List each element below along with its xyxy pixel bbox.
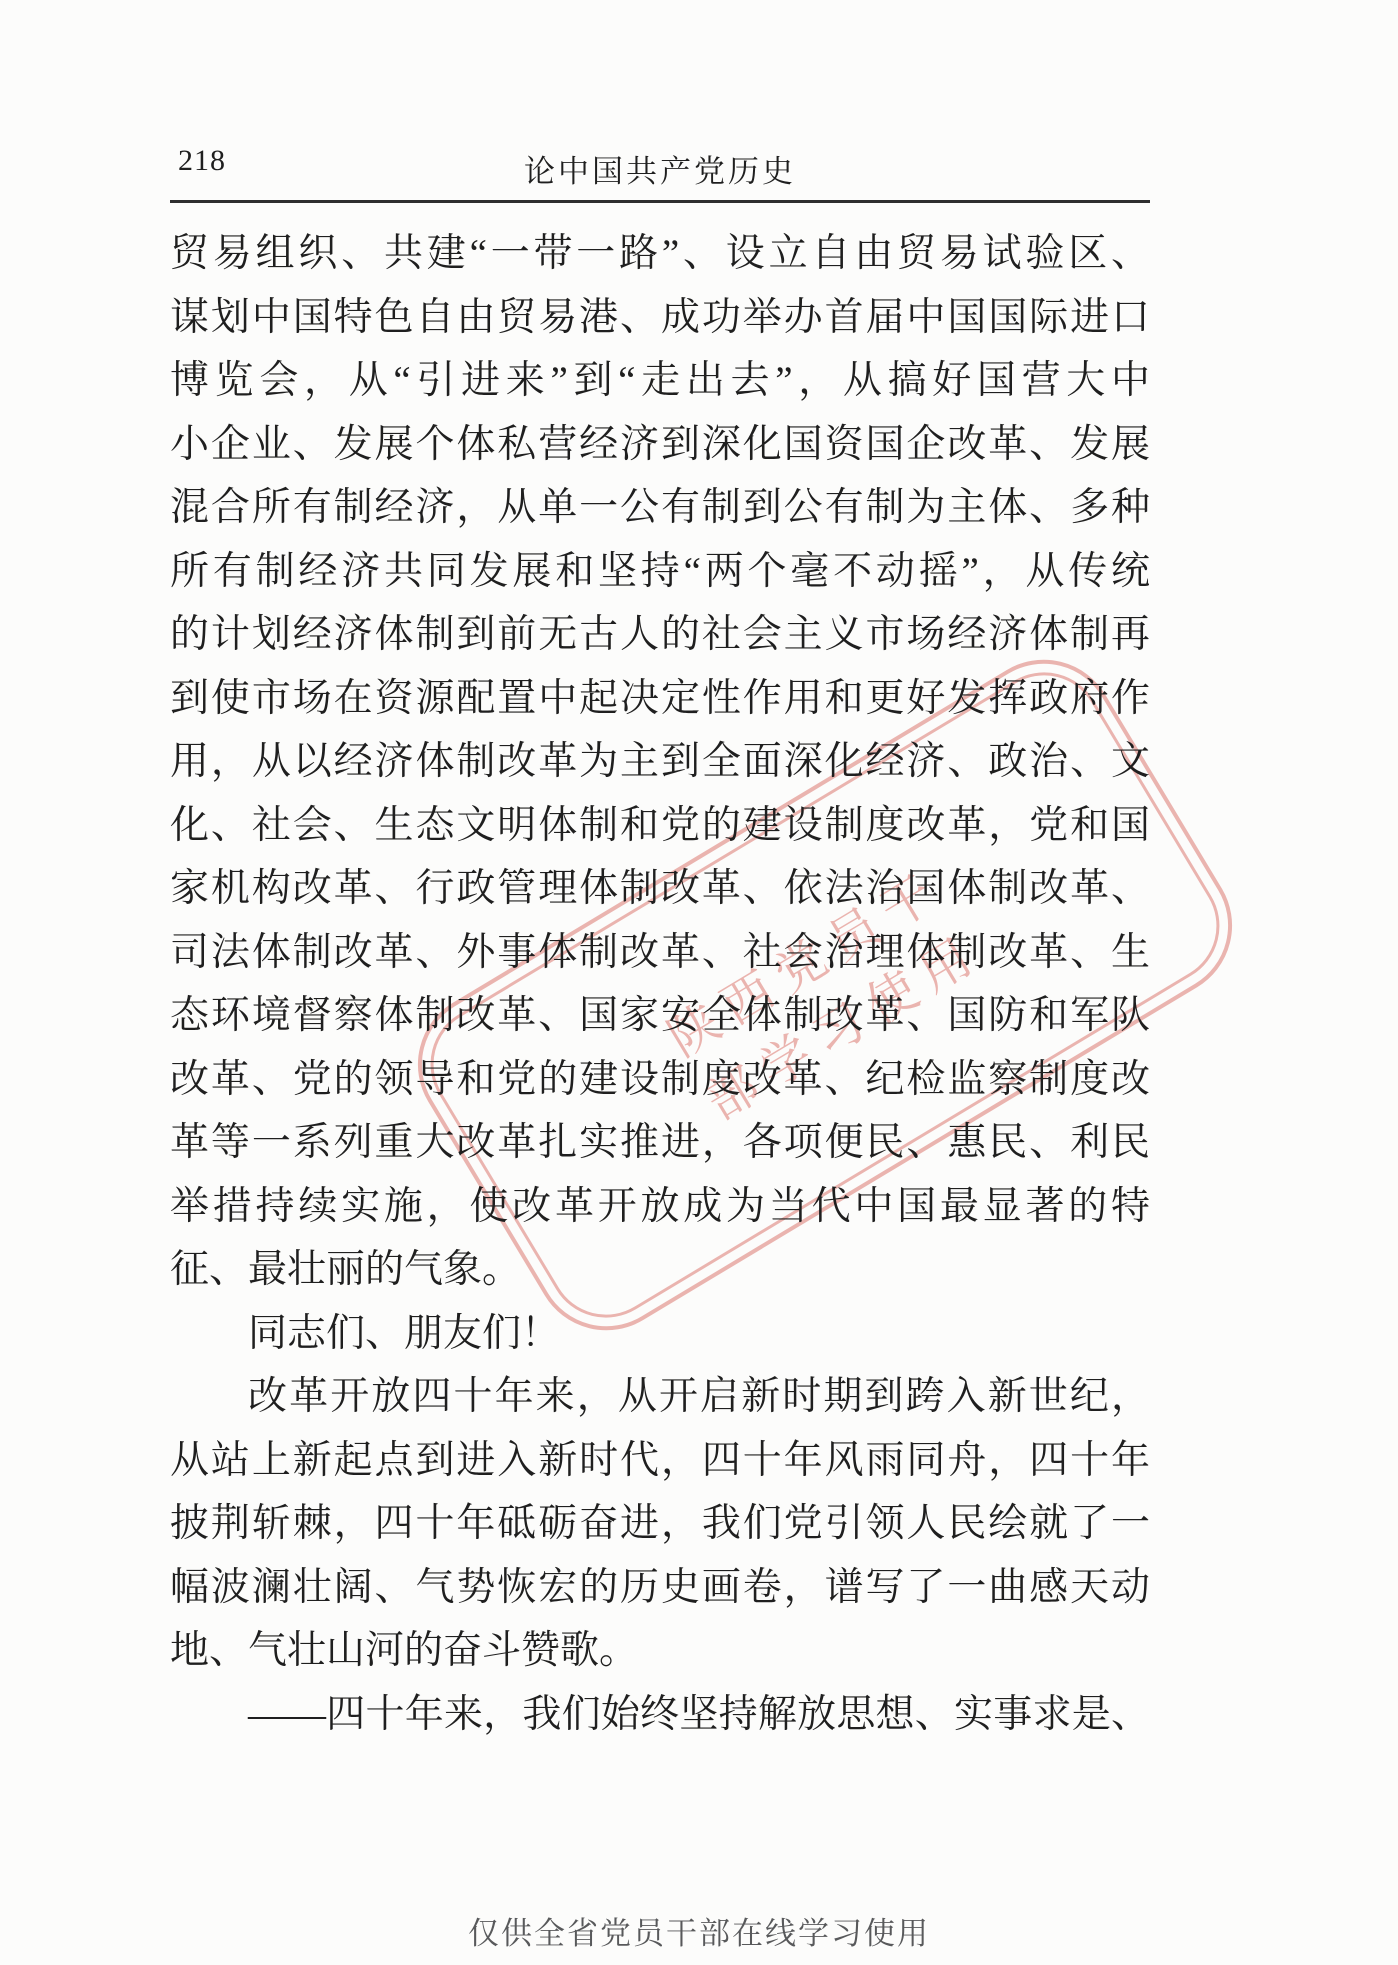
- body-line: 幅波澜壮阔、气势恢宏的历史画卷，谱写了一曲感天动: [170, 1556, 1150, 1620]
- body-line: 同志们、朋友们！: [170, 1302, 1150, 1366]
- header-rule: [170, 200, 1150, 203]
- body-line: 从站上新起点到进入新时代，四十年风雨同舟，四十年: [170, 1429, 1150, 1493]
- body-line: 披荆斩棘，四十年砥砺奋进，我们党引领人民绘就了一: [170, 1492, 1150, 1556]
- body-line: 用，从以经济体制改革为主到全面深化经济、政治、文: [170, 730, 1150, 794]
- body-line: 谋划中国特色自由贸易港、成功举办首届中国国际进口: [170, 286, 1150, 350]
- body-line: 的计划经济体制到前无古人的社会主义市场经济体制再: [170, 603, 1150, 667]
- body-line: 地、气壮山河的奋斗赞歌。: [170, 1619, 1150, 1683]
- body-line: 态环境督察体制改革、国家安全体制改革、国防和军队: [170, 984, 1150, 1048]
- body-line: 小企业、发展个体私营经济到深化国资国企改革、发展: [170, 413, 1150, 477]
- body-line: 贸易组织、共建“一带一路”、设立自由贸易试验区、: [170, 222, 1150, 286]
- page-header: 218 论中国共产党历史: [170, 144, 1150, 186]
- body-line: 司法体制改革、外事体制改革、社会治理体制改革、生: [170, 921, 1150, 985]
- page-number: 218: [178, 144, 226, 178]
- book-title: 论中国共产党历史: [524, 146, 796, 191]
- body-line: 征、最壮丽的气象。: [170, 1238, 1150, 1302]
- footer-notice: 仅供全省党员干部在线学习使用: [0, 1908, 1398, 1953]
- body-line: 所有制经济共同发展和坚持“两个毫不动摇”，从传统: [170, 540, 1150, 604]
- body-line: 到使市场在资源配置中起决定性作用和更好发挥政府作: [170, 667, 1150, 731]
- body-line: 家机构改革、行政管理体制改革、依法治国体制改革、: [170, 857, 1150, 921]
- body-line: 化、社会、生态文明体制和党的建设制度改革，党和国: [170, 794, 1150, 858]
- body-line: 改革开放四十年来，从开启新时期到跨入新世纪，: [170, 1365, 1150, 1429]
- body-text: 贸易组织、共建“一带一路”、设立自由贸易试验区、谋划中国特色自由贸易港、成功举办…: [170, 222, 1150, 1746]
- body-line: 举措持续实施，使改革开放成为当代中国最显著的特: [170, 1175, 1150, 1239]
- body-line: 改革、党的领导和党的建设制度改革、纪检监察制度改: [170, 1048, 1150, 1112]
- body-line: 革等一系列重大改革扎实推进，各项便民、惠民、利民: [170, 1111, 1150, 1175]
- body-line: ——四十年来，我们始终坚持解放思想、实事求是、: [170, 1683, 1150, 1747]
- book-page: 218 论中国共产党历史 陕西党员干 部学习使用 贸易组织、共建“一带一路”、设…: [0, 0, 1398, 1965]
- body-line: 博览会，从“引进来”到“走出去”，从搞好国营大中: [170, 349, 1150, 413]
- body-line: 混合所有制经济，从单一公有制到公有制为主体、多种: [170, 476, 1150, 540]
